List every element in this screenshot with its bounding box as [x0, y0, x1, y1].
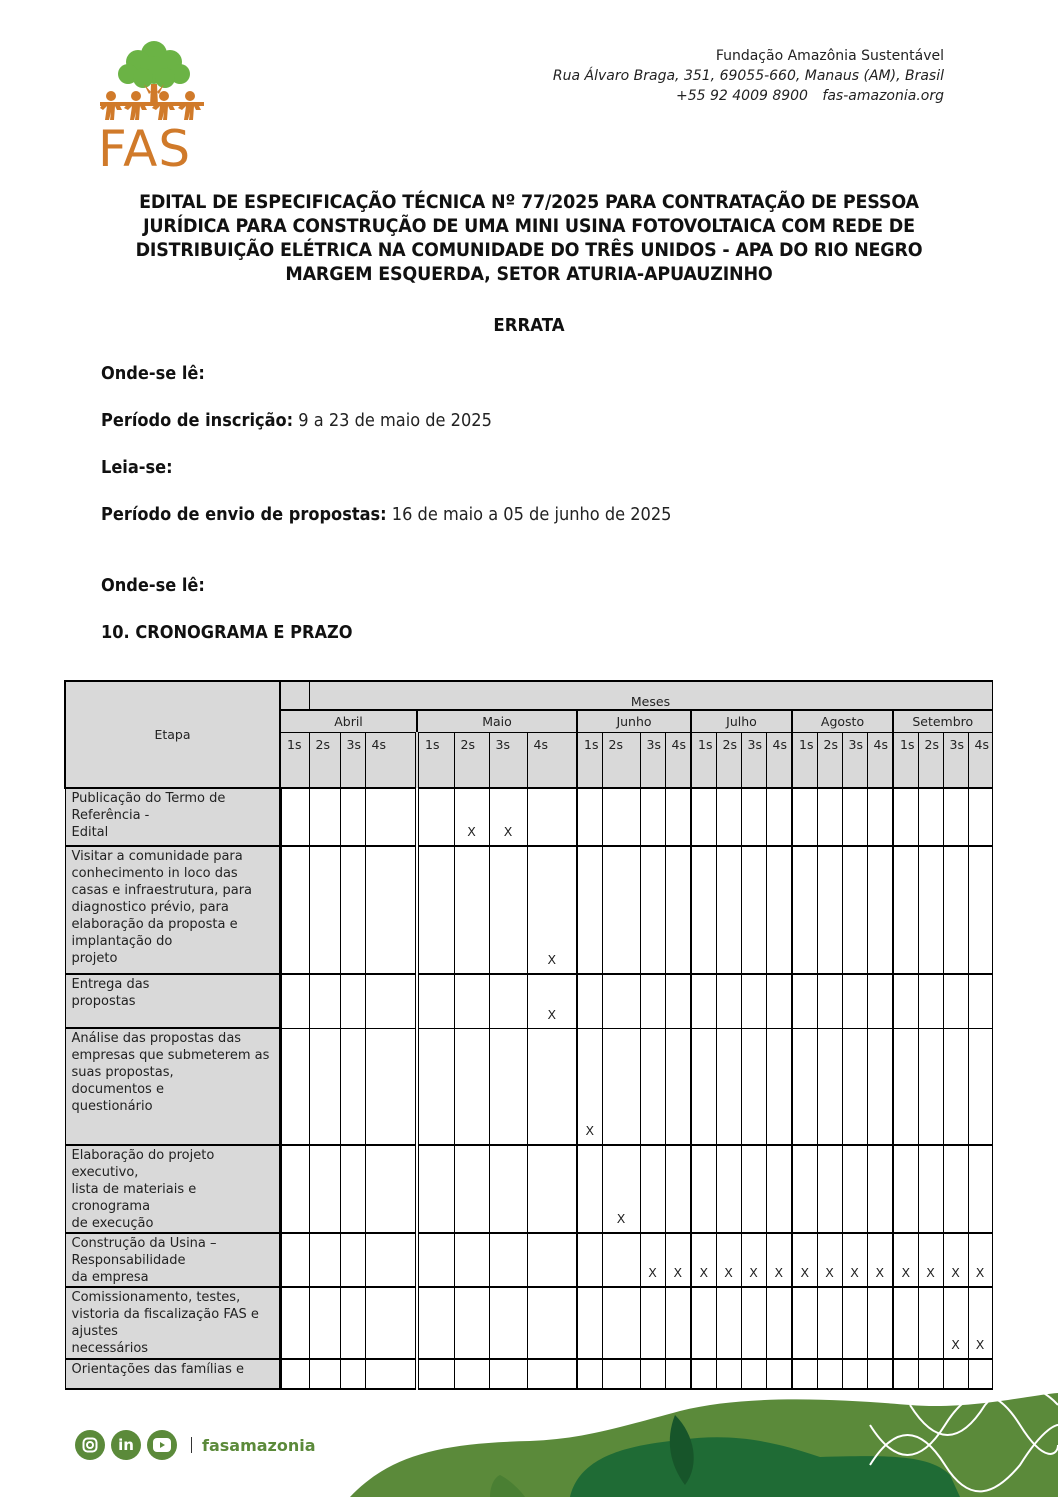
- schedule-cell: [867, 1145, 893, 1233]
- month-header-agosto: Agosto: [792, 710, 893, 733]
- schedule-cell: [417, 846, 454, 974]
- document-title: EDITAL DE ESPECIFICAÇÃO TÉCNICA Nº 77/20…: [127, 190, 931, 286]
- schedule-cell: X: [602, 1145, 640, 1233]
- schedule-cell: [602, 1028, 640, 1145]
- schedule-row: Construção da Usina – Responsabilidadeda…: [65, 1233, 992, 1287]
- schedule-cell: [943, 788, 968, 846]
- week-header: 1s: [280, 733, 309, 789]
- schedule-cell: [741, 846, 766, 974]
- schedule-cell: [309, 846, 340, 974]
- schedule-cell: [893, 788, 918, 846]
- schedule-cell: [968, 788, 992, 846]
- schedule-cell: [309, 1287, 340, 1359]
- week-header: 4s: [665, 733, 691, 789]
- schedule-cell: [716, 846, 741, 974]
- schedule-cell: [842, 846, 867, 974]
- schedule-cell: [417, 1145, 454, 1233]
- schedule-cell: [893, 846, 918, 974]
- schedule-cell: [918, 1287, 943, 1359]
- week-header: 2s: [918, 733, 943, 789]
- schedule-cell: [489, 1233, 527, 1287]
- schedule-cell: [640, 788, 665, 846]
- week-header: 1s: [792, 733, 817, 789]
- month-header-maio: Maio: [417, 710, 577, 733]
- schedule-cell: [602, 1287, 640, 1359]
- meses-header: Meses: [309, 681, 992, 710]
- schedule-cell: X: [741, 1233, 766, 1287]
- schedule-cell: [417, 974, 454, 1028]
- periodo-inscricao-value: 9 a 23 de maio de 2025: [293, 410, 492, 431]
- schedule-row: Comissionamento, testes, vistoria da fis…: [65, 1287, 992, 1359]
- week-header: 1s: [893, 733, 918, 789]
- schedule-cell: [691, 1145, 716, 1233]
- schedule-cell: [280, 1145, 309, 1233]
- schedule-cell: X: [716, 1233, 741, 1287]
- schedule-row: Análise das propostas das empresas que s…: [65, 1028, 992, 1145]
- schedule-cell: [867, 788, 893, 846]
- schedule-cell: [340, 974, 365, 1028]
- schedule-cell: [340, 788, 365, 846]
- schedule-cell: [280, 1233, 309, 1287]
- schedule-cell: X: [665, 1233, 691, 1287]
- schedule-cell: [968, 974, 992, 1028]
- schedule-cell: [691, 846, 716, 974]
- schedule-cell: [365, 1287, 417, 1359]
- schedule-cell: [365, 846, 417, 974]
- stage-label: Elaboração do projeto executivo,lista de…: [65, 1145, 280, 1233]
- schedule-cell: [691, 788, 716, 846]
- week-header: 3s: [842, 733, 867, 789]
- schedule-cell: [867, 1287, 893, 1359]
- week-header: 3s: [640, 733, 665, 789]
- schedule-cell: [454, 1145, 489, 1233]
- schedule-cell: [340, 846, 365, 974]
- stage-label: Publicação do Termo de Referência -Edita…: [65, 788, 280, 846]
- schedule-cell: [893, 974, 918, 1028]
- schedule-cell: [454, 1028, 489, 1145]
- schedule-cell: [893, 1028, 918, 1145]
- schedule-cell: [842, 1145, 867, 1233]
- schedule-cell: X: [918, 1233, 943, 1287]
- schedule-cell: [602, 974, 640, 1028]
- schedule-cell: [309, 1145, 340, 1233]
- schedule-cell: [340, 1287, 365, 1359]
- schedule-cell: [943, 1145, 968, 1233]
- schedule-cell: [867, 1028, 893, 1145]
- schedule-cell: [417, 1028, 454, 1145]
- schedule-cell: [577, 1145, 602, 1233]
- schedule-cell: X: [968, 1233, 992, 1287]
- month-header-abril: Abril: [280, 710, 417, 733]
- schedule-cell: [577, 1233, 602, 1287]
- org-address: Rua Álvaro Braga, 351, 69055-660, Manaus…: [553, 66, 944, 86]
- schedule-cell: [454, 1287, 489, 1359]
- schedule-row: Elaboração do projeto executivo,lista de…: [65, 1145, 992, 1233]
- periodo-inscricao: Período de inscrição: 9 a 23 de maio de …: [101, 410, 492, 431]
- schedule-cell: X: [489, 788, 527, 846]
- schedule-cell: [365, 1233, 417, 1287]
- schedule-cell: [640, 1287, 665, 1359]
- stage-label: Comissionamento, testes, vistoria da fis…: [65, 1287, 280, 1359]
- linkedin-icon[interactable]: in: [111, 1430, 141, 1460]
- schedule-cell: X: [577, 1028, 602, 1145]
- schedule-cell: [842, 974, 867, 1028]
- schedule-cell: [365, 1028, 417, 1145]
- schedule-cell: [527, 1287, 577, 1359]
- schedule-cell: [489, 846, 527, 974]
- schedule-cell: [817, 846, 842, 974]
- schedule-cell: [527, 1233, 577, 1287]
- social-handle[interactable]: fasamazonia: [202, 1436, 316, 1455]
- schedule-cell: [640, 974, 665, 1028]
- cronograma-heading: 10. CRONOGRAMA E PRAZO: [101, 622, 353, 643]
- schedule-cell: [691, 1028, 716, 1145]
- schedule-cell: [489, 1028, 527, 1145]
- social-links: in fasamazonia: [75, 1430, 316, 1460]
- errata-heading: ERRATA: [42, 315, 1015, 336]
- schedule-cell: [842, 788, 867, 846]
- week-header: 1s: [577, 733, 602, 789]
- schedule-cell: [365, 1145, 417, 1233]
- schedule-cell: [640, 1028, 665, 1145]
- schedule-cell: [489, 974, 527, 1028]
- schedule-cell: X: [527, 846, 577, 974]
- month-header-setembro: Setembro: [893, 710, 992, 733]
- schedule-cell: [454, 1233, 489, 1287]
- schedule-row: Publicação do Termo de Referência -Edita…: [65, 788, 992, 846]
- stage-label: Análise das propostas das empresas que s…: [65, 1028, 280, 1145]
- schedule-cell: [577, 788, 602, 846]
- schedule-cell: [842, 1287, 867, 1359]
- schedule-cell: [691, 1287, 716, 1359]
- periodo-inscricao-label: Período de inscrição:: [101, 410, 293, 431]
- schedule-row: Visitar a comunidade para conhecimento i…: [65, 846, 992, 974]
- schedule-cell: [792, 1145, 817, 1233]
- schedule-cell: [602, 788, 640, 846]
- schedule-cell: [340, 1233, 365, 1287]
- month-header-julho: Julho: [691, 710, 792, 733]
- schedule-cell: [417, 788, 454, 846]
- week-header: 3s: [741, 733, 766, 789]
- schedule-cell: [741, 1287, 766, 1359]
- schedule-cell: [665, 1145, 691, 1233]
- schedule-cell: [309, 1233, 340, 1287]
- month-header-junho: Junho: [577, 710, 691, 733]
- week-header: 2s: [716, 733, 741, 789]
- schedule-cell: [817, 788, 842, 846]
- week-header: 2s: [817, 733, 842, 789]
- periodo-envio-value: 16 de maio a 05 de junho de 2025: [387, 504, 672, 525]
- week-header: 1s: [691, 733, 716, 789]
- schedule-cell: [602, 846, 640, 974]
- schedule-cell: [716, 1028, 741, 1145]
- schedule-cell: [309, 1028, 340, 1145]
- schedule-cell: [741, 788, 766, 846]
- periodo-envio-label: Período de envio de propostas:: [101, 504, 387, 525]
- schedule-cell: X: [792, 1233, 817, 1287]
- schedule-cell: [716, 1287, 741, 1359]
- schedule-cell: [602, 1233, 640, 1287]
- schedule-cell: [817, 974, 842, 1028]
- schedule-cell: [309, 974, 340, 1028]
- schedule-cell: [665, 788, 691, 846]
- schedule-cell: [340, 1028, 365, 1145]
- header-spacer: [280, 681, 309, 710]
- schedule-cell: [918, 846, 943, 974]
- schedule-cell: [766, 974, 792, 1028]
- schedule-cell: [766, 1028, 792, 1145]
- schedule-cell: [454, 846, 489, 974]
- schedule-cell: [280, 1359, 309, 1389]
- schedule-cell: [577, 846, 602, 974]
- schedule-cell: [867, 846, 893, 974]
- schedule-cell: [665, 1287, 691, 1359]
- schedule-cell: X: [943, 1233, 968, 1287]
- schedule-cell: X: [691, 1233, 716, 1287]
- schedule-cell: [716, 1145, 741, 1233]
- week-header: 4s: [527, 733, 577, 789]
- week-header: 2s: [602, 733, 640, 789]
- onde-se-le-label-2: Onde-se lê:: [101, 575, 205, 596]
- schedule-cell: [943, 846, 968, 974]
- schedule-cell: [365, 974, 417, 1028]
- week-header: 3s: [340, 733, 365, 789]
- schedule-cell: [918, 1145, 943, 1233]
- etapa-header: Etapa: [65, 681, 280, 788]
- schedule-cell: [309, 1359, 340, 1389]
- schedule-cell: X: [640, 1233, 665, 1287]
- schedule-cell: [918, 788, 943, 846]
- schedule-cell: [792, 1028, 817, 1145]
- divider: [191, 1437, 192, 1453]
- schedule-cell: [867, 974, 893, 1028]
- logo-wordmark: FAS: [98, 124, 191, 174]
- schedule-cell: X: [968, 1287, 992, 1359]
- periodo-envio: Período de envio de propostas: 16 de mai…: [101, 504, 671, 525]
- schedule-cell: [893, 1145, 918, 1233]
- schedule-cell: [918, 1028, 943, 1145]
- schedule-cell: [766, 788, 792, 846]
- schedule-cell: [968, 1028, 992, 1145]
- schedule-cell: [792, 974, 817, 1028]
- schedule-cell: X: [454, 788, 489, 846]
- org-phone: +55 92 4009 8900: [676, 88, 808, 104]
- schedule-cell: [943, 974, 968, 1028]
- schedule-cell: [489, 1287, 527, 1359]
- schedule-cell: [280, 974, 309, 1028]
- stage-label: Orientações das famílias e: [65, 1359, 280, 1389]
- stage-label: Entrega daspropostas: [65, 974, 280, 1028]
- youtube-icon[interactable]: [147, 1430, 177, 1460]
- schedule-cell: [741, 974, 766, 1028]
- schedule-cell: [817, 1145, 842, 1233]
- schedule-cell: [766, 1287, 792, 1359]
- schedule-cell: [280, 1287, 309, 1359]
- schedule-cell: [842, 1028, 867, 1145]
- schedule-cell: [640, 1145, 665, 1233]
- stage-label: Construção da Usina – Responsabilidadeda…: [65, 1233, 280, 1287]
- schedule-cell: [417, 1233, 454, 1287]
- leia-se-label: Leia-se:: [101, 457, 173, 478]
- schedule-cell: [893, 1287, 918, 1359]
- schedule-cell: [577, 974, 602, 1028]
- schedule-cell: [340, 1145, 365, 1233]
- schedule-cell: X: [527, 974, 577, 1028]
- schedule-cell: X: [893, 1233, 918, 1287]
- schedule-cell: [766, 846, 792, 974]
- schedule-cell: X: [842, 1233, 867, 1287]
- schedule-cell: [309, 788, 340, 846]
- week-header: 2s: [454, 733, 489, 789]
- week-header: 4s: [968, 733, 992, 789]
- schedule-cell: [417, 1287, 454, 1359]
- schedule-cell: [577, 1287, 602, 1359]
- week-header: 4s: [365, 733, 417, 789]
- schedule-cell: X: [766, 1233, 792, 1287]
- instagram-icon[interactable]: [75, 1430, 105, 1460]
- schedule-cell: [817, 1287, 842, 1359]
- schedule-table: EtapaMesesAbrilMaioJunhoJulhoAgostoSetem…: [64, 680, 993, 1390]
- schedule-cell: [792, 1287, 817, 1359]
- fas-logo: FAS: [98, 36, 210, 176]
- week-header: 4s: [867, 733, 893, 789]
- schedule-cell: [665, 846, 691, 974]
- onde-se-le-label-1: Onde-se lê:: [101, 363, 205, 384]
- schedule-cell: X: [817, 1233, 842, 1287]
- schedule-cell: X: [867, 1233, 893, 1287]
- schedule-cell: [280, 1028, 309, 1145]
- schedule-cell: [665, 1028, 691, 1145]
- week-header: 3s: [489, 733, 527, 789]
- schedule-cell: [792, 846, 817, 974]
- schedule-cell: [741, 1145, 766, 1233]
- stage-label: Visitar a comunidade para conhecimento i…: [65, 846, 280, 974]
- schedule-cell: [792, 788, 817, 846]
- schedule-cell: [918, 974, 943, 1028]
- schedule-cell: X: [943, 1287, 968, 1359]
- week-header: 3s: [943, 733, 968, 789]
- org-name: Fundação Amazônia Sustentável: [553, 46, 944, 66]
- org-contact-block: Fundação Amazônia Sustentável Rua Álvaro…: [553, 46, 944, 106]
- schedule-cell: [968, 846, 992, 974]
- schedule-cell: [817, 1028, 842, 1145]
- footer-landscape-decoration: [350, 1385, 1058, 1497]
- schedule-cell: [968, 1145, 992, 1233]
- schedule-cell: [665, 974, 691, 1028]
- week-header: 4s: [766, 733, 792, 789]
- schedule-cell: [716, 974, 741, 1028]
- schedule-cell: [454, 974, 489, 1028]
- org-website[interactable]: fas-amazonia.org: [822, 88, 944, 104]
- schedule-cell: [527, 1145, 577, 1233]
- schedule-row: Entrega daspropostasX: [65, 974, 992, 1028]
- schedule-cell: [640, 846, 665, 974]
- schedule-cell: [741, 1028, 766, 1145]
- schedule-cell: [716, 788, 741, 846]
- schedule-cell: [489, 1145, 527, 1233]
- schedule-cell: [280, 788, 309, 846]
- schedule-cell: [527, 788, 577, 846]
- schedule-cell: [766, 1145, 792, 1233]
- tree-people-icon: [98, 36, 210, 126]
- week-header: 2s: [309, 733, 340, 789]
- schedule-cell: [280, 846, 309, 974]
- schedule-cell: [527, 1028, 577, 1145]
- schedule-cell: [365, 788, 417, 846]
- schedule-cell: [943, 1028, 968, 1145]
- week-header: 1s: [417, 733, 454, 789]
- schedule-cell: [691, 974, 716, 1028]
